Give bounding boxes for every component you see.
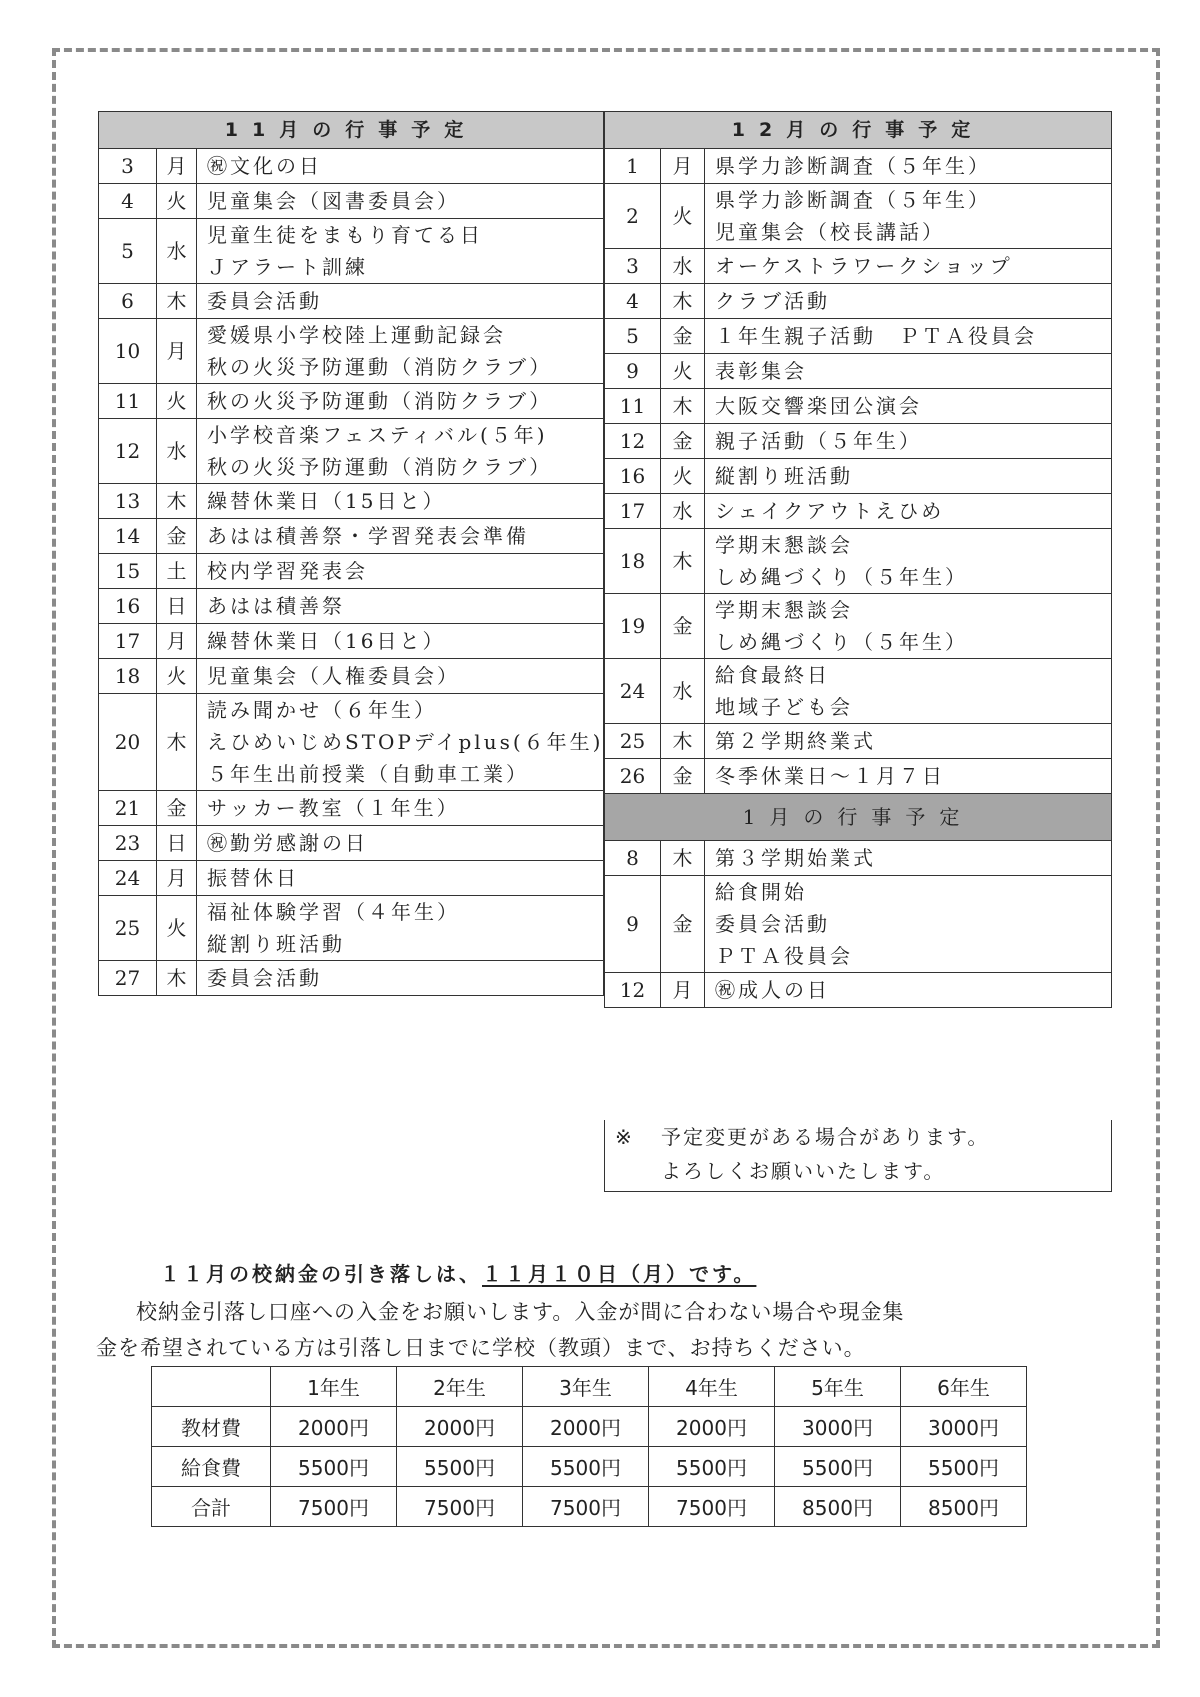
- events-cell: ㊗文化の日: [197, 149, 604, 184]
- event-text: 大阪交響楽団公演会: [715, 389, 1111, 423]
- weekday-cell: 木: [661, 284, 705, 319]
- event-text: Ｊアラート訓練: [207, 251, 603, 283]
- weekday-cell: 水: [661, 249, 705, 284]
- day-cell: 24: [605, 659, 661, 724]
- schedule-row: 14金あはは積善祭・学習発表会準備: [99, 519, 604, 554]
- weekday-cell: 木: [661, 529, 705, 594]
- schedule-row: 24月振替休日: [99, 861, 604, 896]
- fee-title: １１月の校納金の引き落しは、１１月１０日（月）です。: [160, 1258, 756, 1287]
- day-cell: 9: [605, 876, 661, 973]
- schedule-row: 11火秋の火災予防運動（消防クラブ）: [99, 384, 604, 419]
- event-text: 繰替休業日（15日と）: [207, 484, 603, 518]
- event-text: サッカー教室（１年生）: [207, 791, 603, 825]
- events-cell: 大阪交響楽団公演会: [705, 389, 1112, 424]
- day-cell: 12: [99, 419, 157, 484]
- day-cell: 4: [99, 184, 157, 219]
- weekday-cell: 木: [661, 841, 705, 876]
- fee-row-label: 合計: [152, 1487, 271, 1527]
- event-text: 校内学習発表会: [207, 554, 603, 588]
- event-text: 給食最終日: [715, 659, 1111, 691]
- day-cell: 9: [605, 354, 661, 389]
- event-text: 小学校音楽フェスティバル(５年): [207, 419, 603, 451]
- schedule-row: 16日あはは積善祭: [99, 589, 604, 624]
- event-text: ＰＴＡ役員会: [715, 940, 1111, 972]
- event-text: 委員会活動: [207, 284, 603, 318]
- event-text: 振替休日: [207, 861, 603, 895]
- events-cell: 繰替休業日（15日と）: [197, 484, 604, 519]
- schedule-row: 9火表彰集会: [605, 354, 1112, 389]
- events-cell: 校内学習発表会: [197, 554, 604, 589]
- day-cell: 12: [605, 424, 661, 459]
- event-text: ㊗文化の日: [207, 149, 603, 183]
- event-text: 冬季休業日～１月７日: [715, 759, 1111, 793]
- events-cell: 繰替休業日（16日と）: [197, 624, 604, 659]
- events-cell: ㊗成人の日: [705, 973, 1112, 1008]
- fee-amount-cell: 5500円: [901, 1447, 1027, 1487]
- event-text: ５年生出前授業（自動車工業）: [207, 758, 603, 790]
- schedule-row: 9金給食開始委員会活動ＰＴＡ役員会: [605, 876, 1112, 973]
- events-cell: 県学力診断調査（５年生）: [705, 149, 1112, 184]
- events-cell: あはは積善祭: [197, 589, 604, 624]
- day-cell: 8: [605, 841, 661, 876]
- events-cell: 第２学期終業式: [705, 724, 1112, 759]
- weekday-cell: 木: [157, 694, 197, 791]
- fee-amount-cell: 5500円: [271, 1447, 397, 1487]
- events-cell: 県学力診断調査（５年生）児童集会（校長講話）: [705, 184, 1112, 249]
- november-schedule-table: 11月の行事予定 3月㊗文化の日4火児童集会（図書委員会）5水児童生徒をまもり育…: [98, 111, 604, 996]
- schedule-row: 11木大阪交響楽団公演会: [605, 389, 1112, 424]
- schedule-row: 8木第３学期始業式: [605, 841, 1112, 876]
- weekday-cell: 火: [157, 896, 197, 961]
- schedule-row: 4火児童集会（図書委員会）: [99, 184, 604, 219]
- day-cell: 17: [99, 624, 157, 659]
- events-cell: 児童集会（図書委員会）: [197, 184, 604, 219]
- schedule-row: 3月㊗文化の日: [99, 149, 604, 184]
- event-text: 第３学期始業式: [715, 841, 1111, 875]
- events-cell: 親子活動（５年生）: [705, 424, 1112, 459]
- weekday-cell: 月: [157, 624, 197, 659]
- event-text: ㊗成人の日: [715, 973, 1111, 1007]
- grade-column-header: 4年生: [649, 1367, 775, 1407]
- fee-table-body: 教材費2000円2000円2000円2000円3000円3000円給食費5500…: [152, 1407, 1027, 1527]
- event-text: 児童集会（人権委員会）: [207, 659, 603, 693]
- events-cell: 第３学期始業式: [705, 841, 1112, 876]
- weekday-cell: 金: [661, 594, 705, 659]
- event-text: しめ縄づくり（５年生）: [715, 626, 1111, 658]
- event-text: 学期末懇談会: [715, 594, 1111, 626]
- schedule-row: 6木委員会活動: [99, 284, 604, 319]
- schedule-row: 23日㊗勤労感謝の日: [99, 826, 604, 861]
- fee-amount-cell: 7500円: [649, 1487, 775, 1527]
- day-cell: 18: [605, 529, 661, 594]
- day-cell: 20: [99, 694, 157, 791]
- event-text: 学期末懇談会: [715, 529, 1111, 561]
- fee-title-prefix: １１月の校納金の引き落しは、: [160, 1262, 482, 1286]
- day-cell: 3: [605, 249, 661, 284]
- day-cell: 19: [605, 594, 661, 659]
- schedule-row: 3水オーケストラワークショップ: [605, 249, 1112, 284]
- schedule-row: 1月県学力診断調査（５年生）: [605, 149, 1112, 184]
- fee-row-label: 教材費: [152, 1407, 271, 1447]
- event-text: 児童集会（校長講話）: [715, 216, 1111, 248]
- day-cell: 18: [99, 659, 157, 694]
- note-line-2: よろしくお願いいたします。: [615, 1154, 1111, 1188]
- fee-amount-cell: 7500円: [523, 1487, 649, 1527]
- event-text: 読み聞かせ（６年生）: [207, 694, 603, 726]
- day-cell: 27: [99, 961, 157, 996]
- schedule-row: 21金サッカー教室（１年生）: [99, 791, 604, 826]
- event-text: クラブ活動: [715, 284, 1111, 318]
- events-cell: 秋の火災予防運動（消防クラブ）: [197, 384, 604, 419]
- schedule-row: 2火県学力診断調査（５年生）児童集会（校長講話）: [605, 184, 1112, 249]
- events-cell: 愛媛県小学校陸上運動記録会秋の火災予防運動（消防クラブ）: [197, 319, 604, 384]
- events-cell: あはは積善祭・学習発表会準備: [197, 519, 604, 554]
- event-text: １年生親子活動 ＰＴＡ役員会: [715, 319, 1111, 353]
- events-cell: 縦割り班活動: [705, 459, 1112, 494]
- schedule-row: 26金冬季休業日～１月７日: [605, 759, 1112, 794]
- event-text: あはは積善祭・学習発表会準備: [207, 519, 603, 553]
- day-cell: 1: [605, 149, 661, 184]
- fee-corner-cell: [152, 1367, 271, 1407]
- grade-column-header: 2年生: [397, 1367, 523, 1407]
- schedule-row: 4木クラブ活動: [605, 284, 1112, 319]
- events-cell: 小学校音楽フェスティバル(５年)秋の火災予防運動（消防クラブ）: [197, 419, 604, 484]
- event-text: しめ縄づくり（５年生）: [715, 561, 1111, 593]
- weekday-cell: 木: [661, 389, 705, 424]
- fee-amount-cell: 3000円: [901, 1407, 1027, 1447]
- event-text: 委員会活動: [207, 961, 603, 995]
- fee-amount-cell: 2000円: [523, 1407, 649, 1447]
- event-text: ㊗勤労感謝の日: [207, 826, 603, 860]
- fee-amount-cell: 5500円: [397, 1447, 523, 1487]
- schedule-row: 17水シェイクアウトえひめ: [605, 494, 1112, 529]
- schedule-row: 12月㊗成人の日: [605, 973, 1112, 1008]
- fee-amount-cell: 5500円: [523, 1447, 649, 1487]
- weekday-cell: 金: [157, 519, 197, 554]
- weekday-cell: 日: [157, 589, 197, 624]
- events-cell: 給食開始委員会活動ＰＴＡ役員会: [705, 876, 1112, 973]
- december-rows: 1月県学力診断調査（５年生）2火県学力診断調査（５年生）児童集会（校長講話）3水…: [605, 149, 1112, 794]
- events-cell: 委員会活動: [197, 284, 604, 319]
- day-cell: 21: [99, 791, 157, 826]
- day-cell: 6: [99, 284, 157, 319]
- day-cell: 12: [605, 973, 661, 1008]
- events-cell: 表彰集会: [705, 354, 1112, 389]
- event-text: 県学力診断調査（５年生）: [715, 184, 1111, 216]
- schedule-row: 25火福祉体験学習（４年生）縦割り班活動: [99, 896, 604, 961]
- event-text: えひめいじめSTOPデイplus(６年生): [207, 726, 603, 758]
- day-cell: 17: [605, 494, 661, 529]
- weekday-cell: 水: [157, 219, 197, 284]
- event-text: 縦割り班活動: [207, 928, 603, 960]
- note-mark: ※: [615, 1120, 661, 1154]
- weekday-cell: 火: [661, 184, 705, 249]
- schedule-row: 24水給食最終日地域子ども会: [605, 659, 1112, 724]
- event-text: 児童集会（図書委員会）: [207, 184, 603, 218]
- schedule-row: 18火児童集会（人権委員会）: [99, 659, 604, 694]
- day-cell: 4: [605, 284, 661, 319]
- events-cell: 冬季休業日～１月７日: [705, 759, 1112, 794]
- schedule-row: 12水小学校音楽フェスティバル(５年)秋の火災予防運動（消防クラブ）: [99, 419, 604, 484]
- weekday-cell: 土: [157, 554, 197, 589]
- day-cell: 23: [99, 826, 157, 861]
- weekday-cell: 金: [661, 876, 705, 973]
- day-cell: 16: [99, 589, 157, 624]
- day-cell: 25: [99, 896, 157, 961]
- events-cell: 学期末懇談会しめ縄づくり（５年生）: [705, 529, 1112, 594]
- events-cell: 振替休日: [197, 861, 604, 896]
- december-header: 12月の行事予定: [605, 112, 1112, 149]
- fee-row-label: 給食費: [152, 1447, 271, 1487]
- schedule-row: 13木繰替休業日（15日と）: [99, 484, 604, 519]
- weekday-cell: 月: [661, 149, 705, 184]
- fee-title-date: １１月１０日（月）です。: [482, 1262, 756, 1286]
- schedule-row: 17月繰替休業日（16日と）: [99, 624, 604, 659]
- events-cell: オーケストラワークショップ: [705, 249, 1112, 284]
- event-text: シェイクアウトえひめ: [715, 494, 1111, 528]
- event-text: 地域子ども会: [715, 691, 1111, 723]
- fee-amount-cell: 8500円: [901, 1487, 1027, 1527]
- weekday-cell: 水: [661, 659, 705, 724]
- events-cell: 児童集会（人権委員会）: [197, 659, 604, 694]
- day-cell: 11: [605, 389, 661, 424]
- fee-instructions-line-2: 金を希望されている方は引落し日までに学校（教頭）まで、お持ちください。: [96, 1330, 1096, 1366]
- january-header: 1月の行事予定: [605, 794, 1112, 841]
- schedule-row: 10月愛媛県小学校陸上運動記録会秋の火災予防運動（消防クラブ）: [99, 319, 604, 384]
- event-text: 県学力診断調査（５年生）: [715, 149, 1111, 183]
- day-cell: 5: [99, 219, 157, 284]
- weekday-cell: 月: [157, 149, 197, 184]
- day-cell: 15: [99, 554, 157, 589]
- day-cell: 26: [605, 759, 661, 794]
- event-text: 給食開始: [715, 876, 1111, 908]
- weekday-cell: 金: [661, 424, 705, 459]
- weekday-cell: 火: [661, 459, 705, 494]
- event-text: オーケストラワークショップ: [715, 249, 1111, 283]
- weekday-cell: 火: [157, 184, 197, 219]
- event-text: 児童生徒をまもり育てる日: [207, 219, 603, 251]
- day-cell: 24: [99, 861, 157, 896]
- day-cell: 14: [99, 519, 157, 554]
- fee-amount-cell: 2000円: [271, 1407, 397, 1447]
- day-cell: 3: [99, 149, 157, 184]
- fee-amount-cell: 7500円: [397, 1487, 523, 1527]
- events-cell: 福祉体験学習（４年生）縦割り班活動: [197, 896, 604, 961]
- november-header: 11月の行事予定: [99, 112, 604, 149]
- fee-row: 給食費5500円5500円5500円5500円5500円5500円: [152, 1447, 1027, 1487]
- event-text: 福祉体験学習（４年生）: [207, 896, 603, 928]
- weekday-cell: 金: [661, 319, 705, 354]
- event-text: 親子活動（５年生）: [715, 424, 1111, 458]
- weekday-cell: 木: [157, 961, 197, 996]
- fee-amount-cell: 2000円: [649, 1407, 775, 1447]
- january-rows: 8木第３学期始業式9金給食開始委員会活動ＰＴＡ役員会12月㊗成人の日: [605, 841, 1112, 1008]
- schedule-row: 27木委員会活動: [99, 961, 604, 996]
- events-cell: ㊗勤労感謝の日: [197, 826, 604, 861]
- weekday-cell: 木: [661, 724, 705, 759]
- fee-row: 合計7500円7500円7500円7500円8500円8500円: [152, 1487, 1027, 1527]
- events-cell: サッカー教室（１年生）: [197, 791, 604, 826]
- schedule-row: 16火縦割り班活動: [605, 459, 1112, 494]
- fee-amount-cell: 8500円: [775, 1487, 901, 1527]
- weekday-cell: 日: [157, 826, 197, 861]
- schedule-row: 12金親子活動（５年生）: [605, 424, 1112, 459]
- weekday-cell: 月: [157, 861, 197, 896]
- events-cell: シェイクアウトえひめ: [705, 494, 1112, 529]
- day-cell: 16: [605, 459, 661, 494]
- day-cell: 13: [99, 484, 157, 519]
- schedule-row: 5金１年生親子活動 ＰＴＡ役員会: [605, 319, 1112, 354]
- fee-amount-cell: 7500円: [271, 1487, 397, 1527]
- weekday-cell: 水: [661, 494, 705, 529]
- weekday-cell: 月: [157, 319, 197, 384]
- event-text: 愛媛県小学校陸上運動記録会: [207, 319, 603, 351]
- weekday-cell: 金: [661, 759, 705, 794]
- fee-amount-cell: 2000円: [397, 1407, 523, 1447]
- weekday-cell: 火: [157, 384, 197, 419]
- day-cell: 10: [99, 319, 157, 384]
- schedule-change-note: ※予定変更がある場合があります。 よろしくお願いいたします。: [604, 1120, 1112, 1192]
- event-text: 繰替休業日（16日と）: [207, 624, 603, 658]
- events-cell: 児童生徒をまもり育てる日Ｊアラート訓練: [197, 219, 604, 284]
- event-text: 秋の火災予防運動（消防クラブ）: [207, 384, 603, 418]
- grade-column-header: 3年生: [523, 1367, 649, 1407]
- fee-amount-cell: 5500円: [649, 1447, 775, 1487]
- weekday-cell: 木: [157, 284, 197, 319]
- note-line-1: 予定変更がある場合があります。: [661, 1125, 989, 1149]
- schedule-row: 25木第２学期終業式: [605, 724, 1112, 759]
- schedule-row: 20木読み聞かせ（６年生）えひめいじめSTOPデイplus(６年生)５年生出前授…: [99, 694, 604, 791]
- november-rows: 3月㊗文化の日4火児童集会（図書委員会）5水児童生徒をまもり育てる日Ｊアラート訓…: [99, 149, 604, 996]
- event-text: 表彰集会: [715, 354, 1111, 388]
- weekday-cell: 金: [157, 791, 197, 826]
- events-cell: １年生親子活動 ＰＴＡ役員会: [705, 319, 1112, 354]
- day-cell: 5: [605, 319, 661, 354]
- events-cell: 読み聞かせ（６年生）えひめいじめSTOPデイplus(６年生)５年生出前授業（自…: [197, 694, 604, 791]
- schedule-row: 18木学期末懇談会しめ縄づくり（５年生）: [605, 529, 1112, 594]
- day-cell: 11: [99, 384, 157, 419]
- day-cell: 25: [605, 724, 661, 759]
- weekday-cell: 木: [157, 484, 197, 519]
- fee-instructions-line-1: 校納金引落し口座への入金をお願いします。入金が間に合わない場合や現金集: [96, 1294, 1096, 1330]
- fee-table-header-row: 1年生2年生3年生4年生5年生6年生: [152, 1367, 1027, 1407]
- events-cell: 学期末懇談会しめ縄づくり（５年生）: [705, 594, 1112, 659]
- events-cell: クラブ活動: [705, 284, 1112, 319]
- event-text: 秋の火災予防運動（消防クラブ）: [207, 351, 603, 383]
- events-cell: 委員会活動: [197, 961, 604, 996]
- weekday-cell: 水: [157, 419, 197, 484]
- event-text: 委員会活動: [715, 908, 1111, 940]
- grade-column-header: 5年生: [775, 1367, 901, 1407]
- weekday-cell: 火: [661, 354, 705, 389]
- schedule-row: 5水児童生徒をまもり育てる日Ｊアラート訓練: [99, 219, 604, 284]
- schedule-row: 15土校内学習発表会: [99, 554, 604, 589]
- day-cell: 2: [605, 184, 661, 249]
- schedule-row: 19金学期末懇談会しめ縄づくり（５年生）: [605, 594, 1112, 659]
- grade-column-header: 1年生: [271, 1367, 397, 1407]
- event-text: あはは積善祭: [207, 589, 603, 623]
- fee-table: 1年生2年生3年生4年生5年生6年生 教材費2000円2000円2000円200…: [151, 1366, 1027, 1527]
- event-text: 第２学期終業式: [715, 724, 1111, 758]
- fee-row: 教材費2000円2000円2000円2000円3000円3000円: [152, 1407, 1027, 1447]
- fee-amount-cell: 5500円: [775, 1447, 901, 1487]
- events-cell: 給食最終日地域子ども会: [705, 659, 1112, 724]
- event-text: 秋の火災予防運動（消防クラブ）: [207, 451, 603, 483]
- grade-column-header: 6年生: [901, 1367, 1027, 1407]
- event-text: 縦割り班活動: [715, 459, 1111, 493]
- december-schedule-table: 12月の行事予定 1月県学力診断調査（５年生）2火県学力診断調査（５年生）児童集…: [604, 111, 1112, 1008]
- weekday-cell: 火: [157, 659, 197, 694]
- fee-instructions: 校納金引落し口座への入金をお願いします。入金が間に合わない場合や現金集 金を希望…: [96, 1294, 1096, 1366]
- weekday-cell: 月: [661, 973, 705, 1008]
- fee-amount-cell: 3000円: [775, 1407, 901, 1447]
